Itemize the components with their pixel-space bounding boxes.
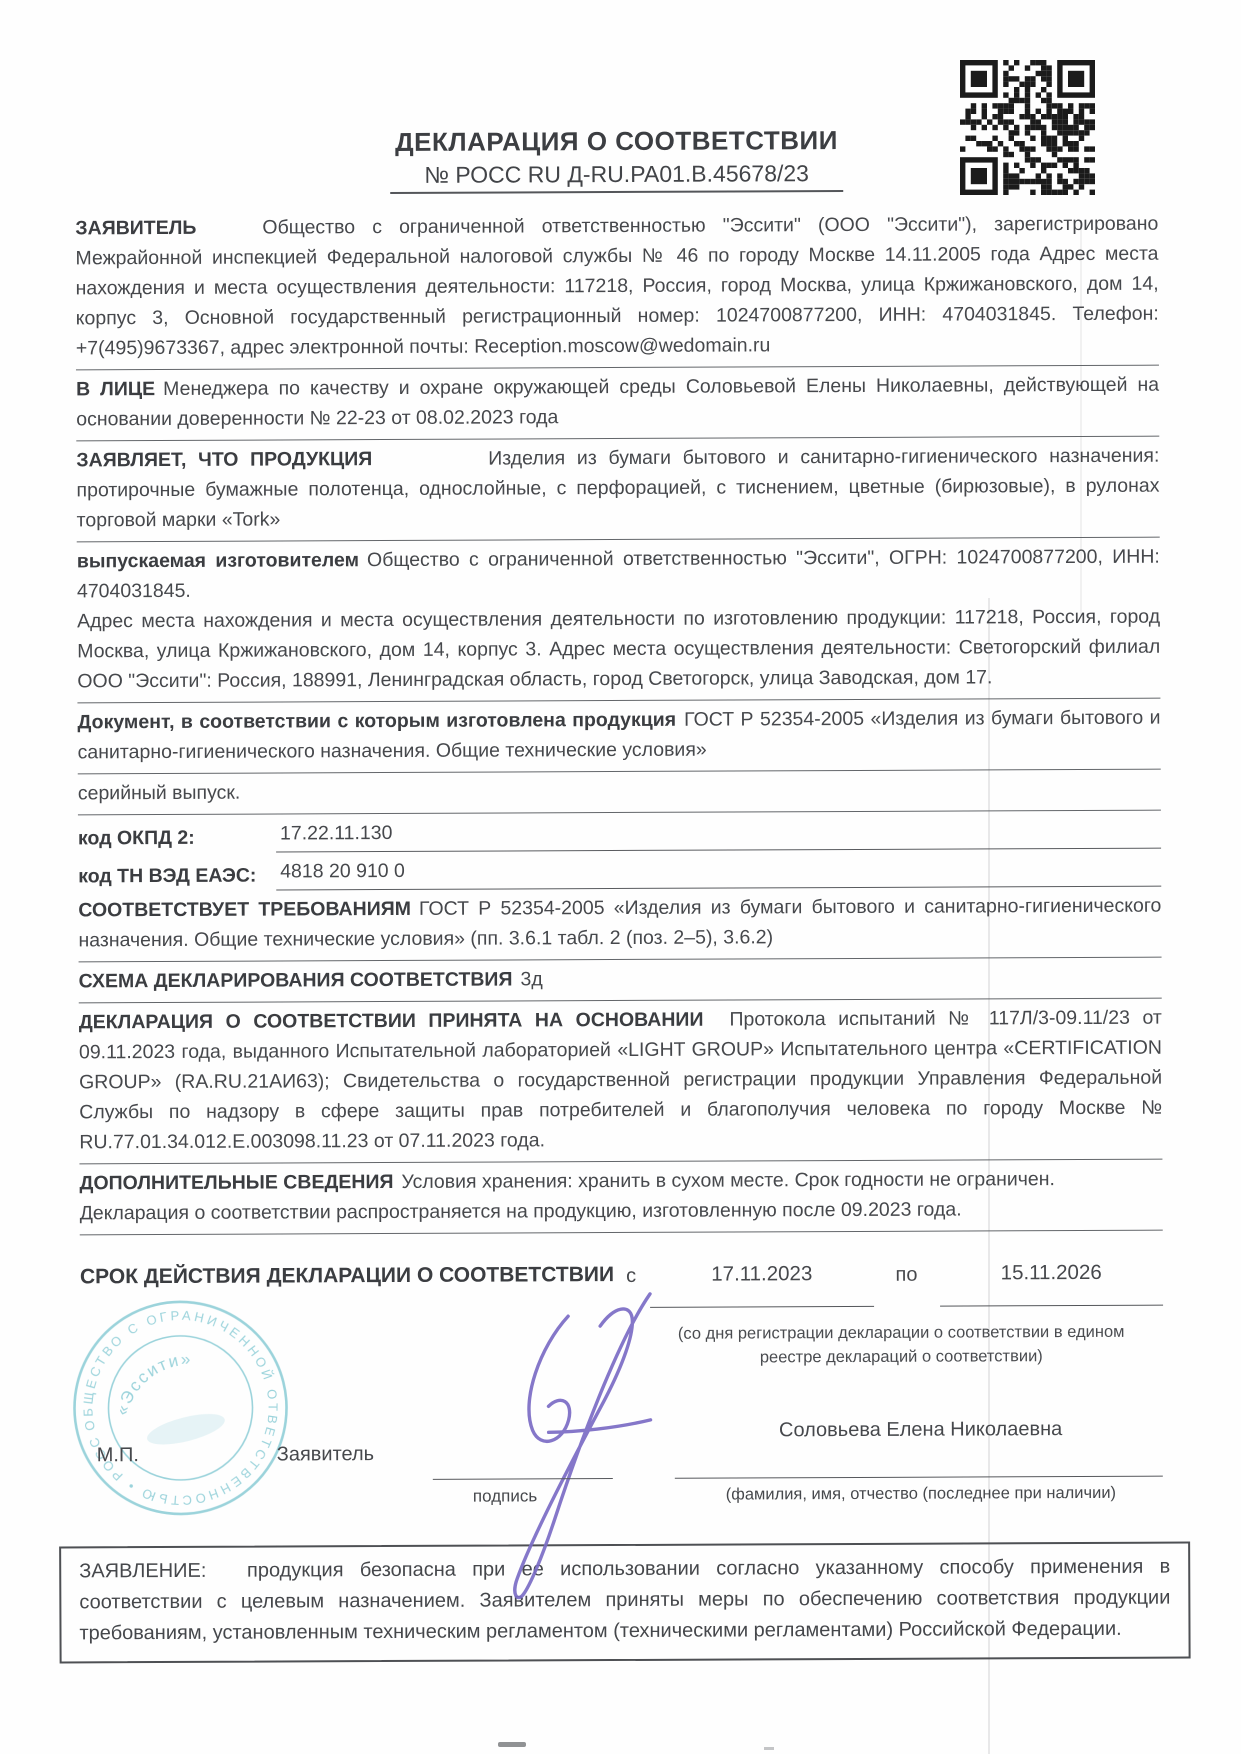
manufacturer-label: выпускаемая изготовителем [77,549,359,572]
serial-text: серийный выпуск. [78,782,241,805]
in-person-text: Менеджера по качеству и охране окружающе… [76,374,1159,431]
additional-text-line1: Условия хранения: хранить в сухом месте.… [401,1168,1055,1193]
okpd-code-label: код ОКПД 2: [78,822,276,853]
applicant-label: ЗАЯВИТЕЛЬ [75,217,196,240]
scan-artifact-mark [498,1742,526,1747]
date-to-underline [940,1305,1163,1307]
section-basis: ДЕКЛАРАЦИЯ О СООТВЕТСТВИИ ПРИНЯТА НА ОСН… [79,999,1163,1165]
name-underline [675,1476,1163,1479]
scheme-value: 3д [520,968,542,990]
tnved-code-value: 4818 20 910 0 [276,853,1161,891]
validity-note: (со дня регистрации декларации о соответ… [645,1320,1157,1370]
scheme-label: СХЕМА ДЕКЛАРИРОВАНИЯ СООТВЕТСТВИЯ [79,968,513,992]
stamp-place-label: М.П. [97,1444,139,1467]
section-complies: СООТВЕТСТВУЕТ ТРЕБОВАНИЯМГОСТ Р 52354-20… [78,887,1161,963]
validity-to-col: 15.11.2026 [939,1261,1163,1307]
svg-text:«Эссити»: «Эссити» [101,1347,204,1422]
okpd-code-value: 17.22.11.130 [276,815,1161,853]
section-document: Документ, в соответствии с которым изгот… [77,699,1160,775]
validity-from-col: 17.11.2023 [650,1262,874,1308]
validity-date-from: 17.11.2023 [711,1262,812,1285]
validity-date-to: 15.11.2026 [1001,1261,1102,1284]
signature-caption: подпись [473,1486,537,1506]
in-person-label: В ЛИЦЕ [76,378,155,400]
validity-to-label: по [895,1264,917,1287]
section-manufacturer: выпускаемая изготовителемОбщество с огра… [77,538,1161,704]
okpd-code-row: код ОКПД 2: 17.22.11.130 [78,811,1161,854]
applicant-word: Заявитель [277,1443,374,1466]
manufacturer-address: Адрес места нахождения и места осуществл… [77,602,1160,697]
additional-label: ДОПОЛНИТЕЛЬНЫЕ СВЕДЕНИЯ [79,1171,393,1194]
validity-label: СРОК ДЕЙСТВИЯ ДЕКЛАРАЦИИ О СООТВЕТСТВИИ [80,1263,614,1289]
signing-area: ОБЩЕСТВО С ОГРАНИЧЕННОЙ ОТВЕТСТВЕННОСТЬЮ… [81,1408,1164,1517]
validity-from-label: с [626,1265,636,1288]
company-stamp: ОБЩЕСТВО С ОГРАНИЧЕННОЙ ОТВЕТСТВЕННОСТЬЮ… [66,1293,295,1522]
basis-label: ДЕКЛАРАЦИЯ О СООТВЕТСТВИИ ПРИНЯТА НА ОСН… [79,1009,704,1034]
section-additional: ДОПОЛНИТЕЛЬНЫЕ СВЕДЕНИЯУсловия хранения:… [79,1160,1162,1236]
additional-text-line2: Декларация о соответствии распространяет… [80,1194,1163,1229]
complies-label: СООТВЕТСТВУЕТ ТРЕБОВАНИЯМ [78,898,411,921]
product-label: ЗАЯВЛЯЕТ, ЧТО ПРОДУКЦИЯ [76,448,372,471]
document-title: ДЕКЛАРАЦИЯ О СООТВЕТСТВИИ [75,124,1158,160]
document-label: Документ, в соответствии с которым изгот… [77,709,676,734]
stamp-ring-text: ОБЩЕСТВО С ОГРАНИЧЕННОЙ ОТВЕТСТВЕННОСТЬЮ… [66,1293,295,1522]
page: ДЕКЛАРАЦИЯ О СООТВЕТСТВИИ № РОСС RU Д-RU… [0,0,1241,1754]
statement-label: ЗАЯВЛЕНИЕ: [79,1560,206,1583]
section-scheme: СХЕМА ДЕКЛАРИРОВАНИЯ СООТВЕТСТВИЯ3д [79,958,1162,1004]
signatory-name: Соловьева Елена Николаевна [679,1418,1163,1443]
statement-text: продукция безопасна при ее использовании… [79,1556,1170,1645]
tnved-code-label: код ТН ВЭД ЕАЭС: [78,860,276,891]
svg-text:ОБЩЕСТВО С ОГРАНИЧЕННОЙ ОТВЕТС: ОБЩЕСТВО С ОГРАНИЧЕННОЙ ОТВЕТСТВЕННОСТЬЮ… [66,1293,295,1522]
section-in-person: В ЛИЦЕМенеджера по качеству и охране окр… [76,366,1159,442]
tnved-code-row: код ТН ВЭД ЕАЭС: 4818 20 910 0 [78,849,1161,892]
scan-artifact-mark [764,1747,774,1750]
section-applicant: ЗАЯВИТЕЛЬОбщество с ограниченной ответст… [75,205,1159,371]
date-from-underline [650,1306,873,1308]
applicant-text: Общество с ограниченной ответственностью… [75,213,1158,360]
signature-underline [433,1478,613,1480]
stamp-center-text: «Эссити» [101,1347,204,1422]
document-number: № РОСС RU Д-RU.РА01.В.45678/23 [390,160,843,194]
statement-box: ЗАЯВЛЕНИЕ: продукция безопасна при ее ис… [59,1542,1190,1664]
name-caption: (фамилия, имя, отчество (последнее при н… [679,1484,1163,1505]
section-serial: серийный выпуск. [78,770,1161,816]
section-product: ЗАЯВЛЯЕТ, ЧТО ПРОДУКЦИЯИзделия из бумаги… [76,437,1159,543]
